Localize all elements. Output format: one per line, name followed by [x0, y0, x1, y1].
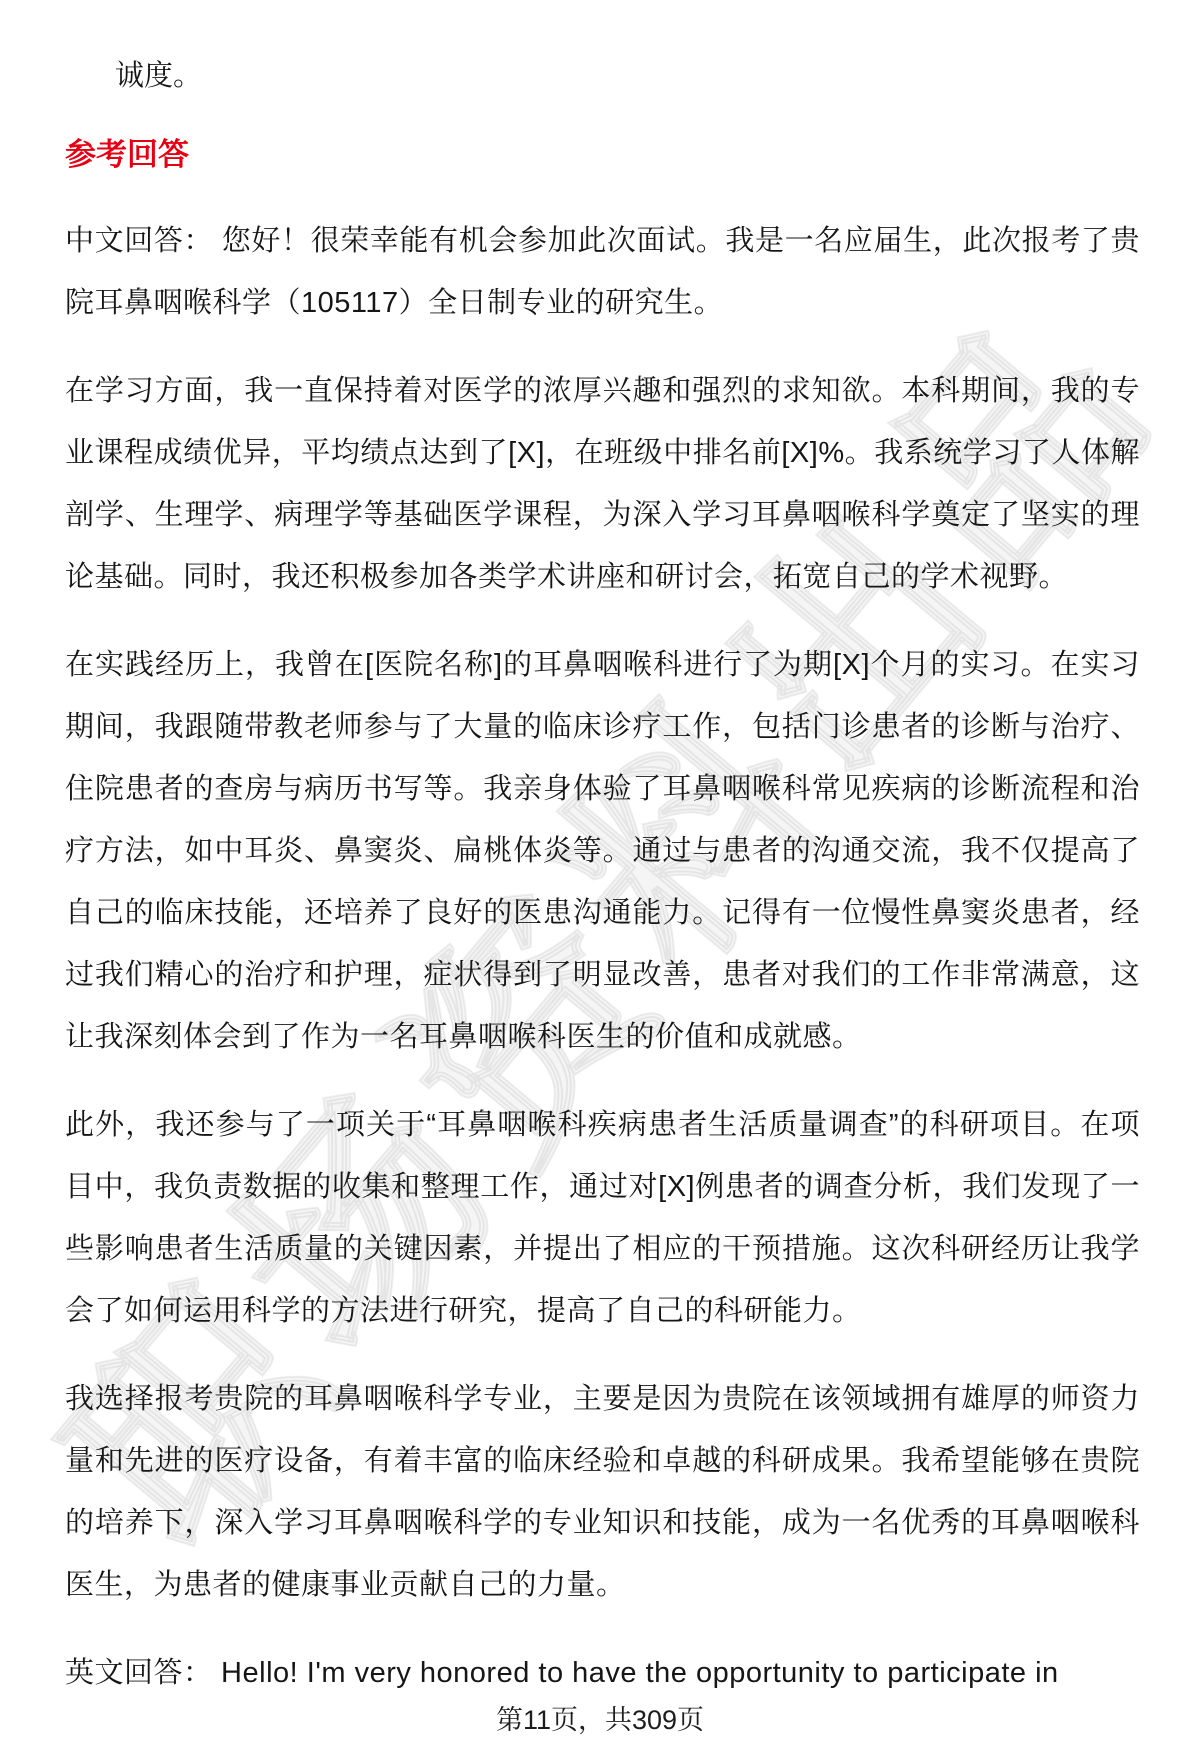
- body-paragraph-research: 此外，我还参与了一项关于“耳鼻咽喉科疾病患者生活质量调查”的科研项目。在项目中，…: [65, 1094, 1140, 1342]
- body-paragraph-chinese-answer-intro: 中文回答： 您好！很荣幸能有机会参加此次面试。我是一名应届生，此次报考了贵院耳鼻…: [65, 210, 1140, 334]
- carryover-line: 诚度。: [65, 45, 1140, 107]
- section-heading: 参考回答: [65, 135, 1140, 175]
- body-paragraph-practice: 在实践经历上，我曾在[医院名称]的耳鼻咽喉科进行了为期[X]个月的实习。在实习期…: [65, 634, 1140, 1068]
- page-number: 第11页，共309页: [0, 1698, 1200, 1737]
- body-paragraph-motivation: 我选择报考贵院的耳鼻咽喉科学专业，主要是因为贵院在该领域拥有雄厚的师资力量和先进…: [65, 1368, 1140, 1616]
- document-page: 诚度。 参考回答 中文回答： 您好！很荣幸能有机会参加此次面试。我是一名应届生，…: [0, 0, 1200, 1755]
- body-paragraph-study: 在学习方面，我一直保持着对医学的浓厚兴趣和强烈的求知欲。本科期间，我的专业课程成…: [65, 360, 1140, 608]
- body-paragraph-english-answer: 英文回答： Hello! I'm very honored to have th…: [65, 1642, 1140, 1704]
